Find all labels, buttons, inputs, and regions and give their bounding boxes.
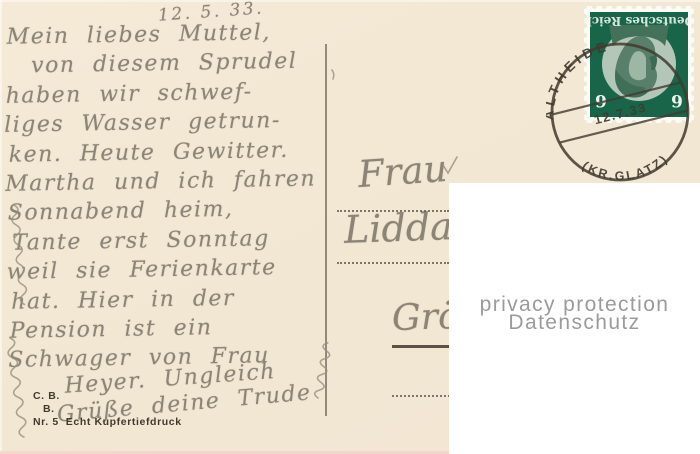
center-divider-line [325, 44, 327, 416]
address-rule-dotted-4 [392, 395, 450, 397]
stamp-portrait-graphic: Deutsches Reich 6 6 [590, 12, 688, 117]
publisher-print-info: Nr. 5 Echt Kupfertiefdruck [33, 416, 182, 428]
address-line-frau: Frau [357, 147, 449, 196]
scan-edge-top [0, 0, 700, 2]
stamp-value-left: 6 [671, 90, 683, 110]
address-rule-dotted-1 [337, 210, 449, 212]
stamp-value-right: 6 [595, 90, 607, 110]
publisher-monogram-2: B. [43, 403, 55, 415]
publisher-monogram: C. B. [33, 390, 60, 402]
postmark-district-text: (KR.GLATZ) [577, 139, 674, 188]
privacy-protection-overlay: privacy protection Datenschutz [449, 183, 700, 454]
address-rule-solid-3 [392, 345, 450, 348]
tiny-pencil-mark-icon [332, 70, 334, 79]
postage-stamp: Deutsches Reich 6 6 [584, 6, 694, 123]
stamp-country-text: Deutsches Reich [590, 14, 688, 28]
postcard-back-scan: 12. 5. 33. Mein liebes Muttel, von diese… [0, 0, 700, 454]
address-rule-dotted-2 [337, 262, 449, 264]
message-line: von diesem Sprudel [1, 47, 331, 82]
stamp-design: Deutsches Reich 6 6 [590, 12, 688, 117]
message-line: Martha und ich fahren [3, 164, 333, 199]
handwritten-message: Mein liebes Muttel, von diesem Sprudel h… [0, 17, 337, 434]
